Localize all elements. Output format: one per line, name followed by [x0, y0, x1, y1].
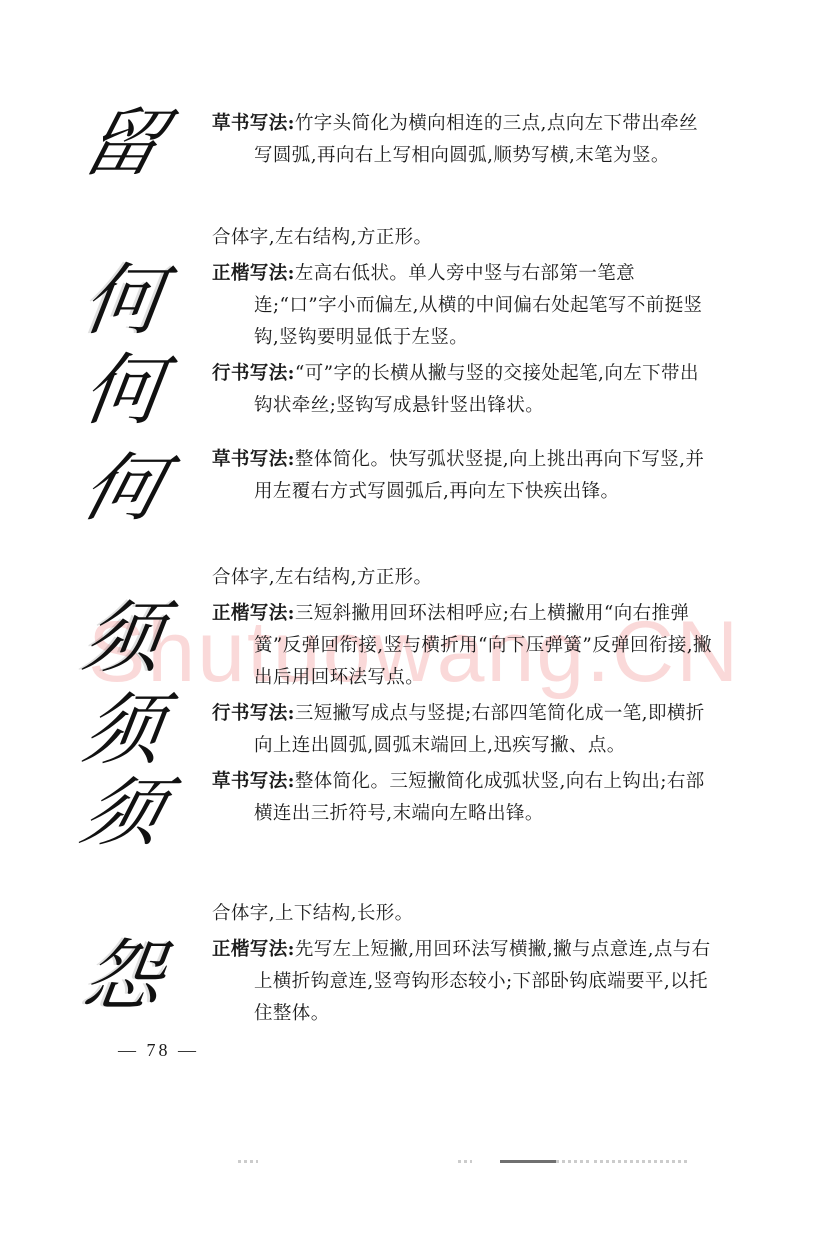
method-text: 左高右低状。单人旁中竖与右部第一笔意连;“口”字小而偏左,从横的中间偏右处起笔写… — [254, 263, 702, 348]
entry-he: 合体字,左右结构,方正形。 正楷写法:左高右低状。单人旁中竖与右部第一笔意连;“… — [212, 222, 712, 512]
calligraphy-char-he-regular: 何 — [79, 262, 166, 340]
regular-method: 正楷写法:左高右低状。单人旁中竖与右部第一笔意连;“口”字小而偏左,从横的中间偏… — [212, 258, 712, 354]
calligraphy-char-xu-regular: 须 — [79, 600, 166, 678]
page-number: — 78 — — [118, 1040, 199, 1061]
method-label: 草书写法: — [212, 449, 295, 470]
method-text: 三短撇写成点与竖提;右部四笔简化成一笔,即横折向上连出圆弧,圆弧末端回上,迅疾写… — [254, 703, 705, 756]
method-text: 整体简化。快写弧状竖提,向上挑出再向下写竖,并用左覆右方式写圆弧后,再向左下快疾… — [254, 449, 704, 502]
cursive-method: 草书写法:整体简化。三短撇简化成弧状竖,向右上钩出;右部横连出三折符号,末端向左… — [212, 766, 712, 830]
running-method: 行书写法:“可”字的长横从撇与竖的交接处起笔,向左下带出钩状牵丝;竖钩写成悬针竖… — [212, 358, 712, 422]
scan-artifact — [238, 1160, 258, 1163]
method-text: “可”字的长横从撇与竖的交接处起笔,向左下带出钩状牵丝;竖钩写成悬针竖出锋状。 — [254, 363, 699, 416]
method-label: 行书写法: — [212, 703, 295, 724]
method-label: 正楷写法: — [212, 603, 295, 624]
regular-method: 正楷写法:先写左上短撇,用回环法写横撇,撇与点意连,点与右上横折钩意连,竖弯钩形… — [212, 934, 712, 1030]
book-page: Shutuowang.CN 留 何 何 何 须 须 须 怨 草书写法:竹字头简化… — [0, 0, 816, 1235]
calligraphy-char-xu-running: 须 — [79, 692, 166, 770]
calligraphy-char-xu-cursive: 须 — [75, 777, 169, 851]
calligraphy-char-yuan-regular: 怨 — [79, 938, 166, 1016]
calligraphy-char-gao-cursive: 留 — [75, 107, 169, 181]
structure-summary: 合体字,上下结构,长形。 — [212, 898, 712, 930]
method-text: 整体简化。三短撇简化成弧状竖,向右上钩出;右部横连出三折符号,末端向左略出锋。 — [254, 771, 705, 824]
scan-artifact — [594, 1160, 690, 1163]
method-label: 草书写法: — [212, 113, 295, 134]
calligraphy-char-he-running: 何 — [79, 352, 166, 430]
method-text: 竹字头简化为横向相连的三点,点向左下带出牵丝写圆弧,再向右上写相向圆弧,顺势写横… — [254, 113, 698, 166]
structure-summary: 合体字,左右结构,方正形。 — [212, 222, 712, 254]
cursive-method: 草书写法:竹字头简化为横向相连的三点,点向左下带出牵丝写圆弧,再向右上写相向圆弧… — [212, 108, 712, 172]
cursive-method: 草书写法:整体简化。快写弧状竖提,向上挑出再向下写竖,并用左覆右方式写圆弧后,再… — [212, 444, 712, 508]
method-label: 行书写法: — [212, 363, 295, 384]
method-label: 正楷写法: — [212, 263, 295, 284]
scan-artifact — [556, 1160, 592, 1163]
structure-summary: 合体字,左右结构,方正形。 — [212, 562, 712, 594]
entry-xu: 合体字,左右结构,方正形。 正楷写法:三短斜撇用回环法相呼应;右上横撇用“向右推… — [212, 562, 712, 834]
calligraphy-char-he-cursive: 何 — [75, 452, 169, 526]
regular-method: 正楷写法:三短斜撇用回环法相呼应;右上横撇用“向右推弹簧”反弹回衔接,竖与横折用… — [212, 598, 712, 694]
method-label: 正楷写法: — [212, 939, 295, 960]
entry-gao: 草书写法:竹字头简化为横向相连的三点,点向左下带出牵丝写圆弧,再向右上写相向圆弧… — [212, 108, 712, 176]
entry-yuan: 合体字,上下结构,长形。 正楷写法:先写左上短撇,用回环法写横撇,撇与点意连,点… — [212, 898, 712, 1034]
method-text: 三短斜撇用回环法相呼应;右上横撇用“向右推弹簧”反弹回衔接,竖与横折用“向下压弹… — [254, 603, 712, 688]
running-method: 行书写法:三短撇写成点与竖提;右部四笔简化成一笔,即横折向上连出圆弧,圆弧末端回… — [212, 698, 712, 762]
method-label: 草书写法: — [212, 771, 295, 792]
scan-artifact — [500, 1160, 556, 1163]
method-text: 先写左上短撇,用回环法写横撇,撇与点意连,点与右上横折钩意连,竖弯钩形态较小;下… — [254, 939, 711, 1024]
scan-artifact — [458, 1160, 472, 1163]
